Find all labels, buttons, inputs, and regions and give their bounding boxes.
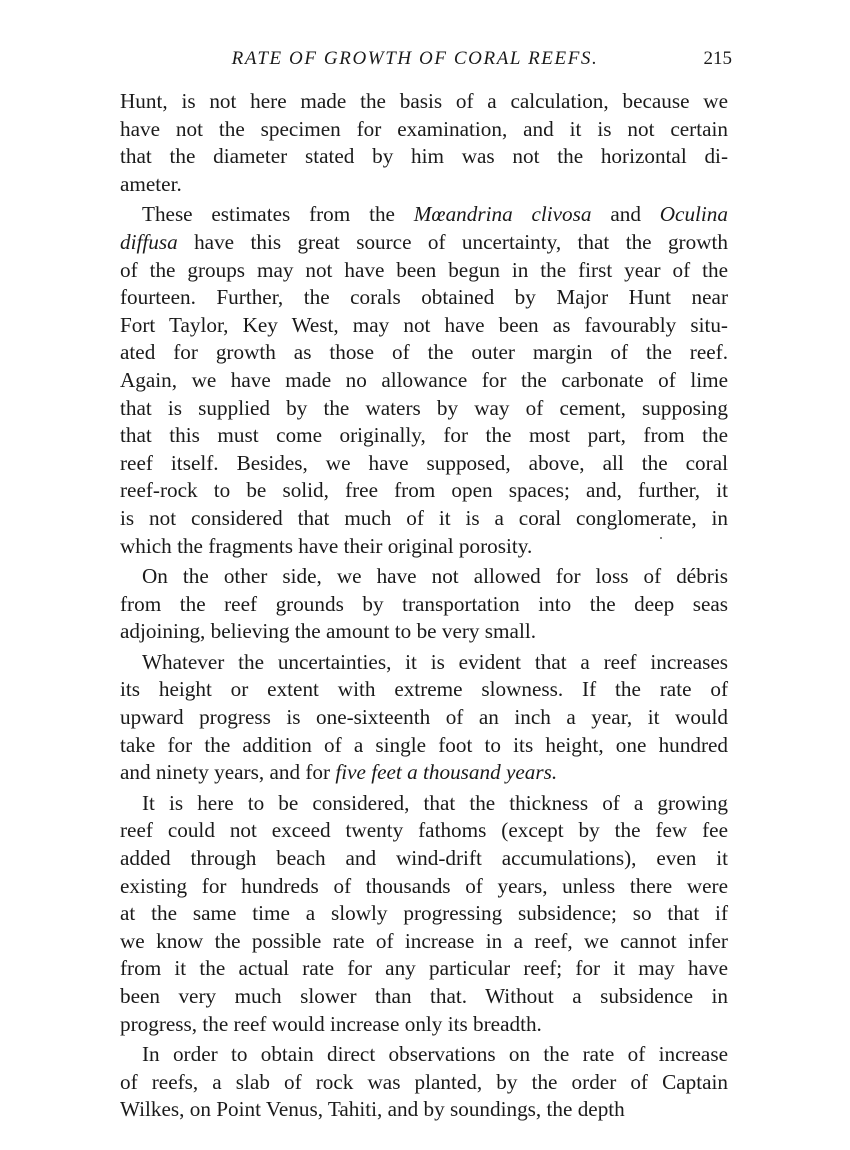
text-line: On the other side, we have not allowed f… bbox=[120, 563, 728, 591]
paragraph: Whatever the uncertainties, it is eviden… bbox=[120, 649, 728, 787]
text-line: Wilkes, on Point Venus, Tahiti, and by s… bbox=[120, 1096, 728, 1124]
italic-term: diffusa bbox=[120, 230, 178, 254]
text-line: of reefs, a slab of rock was planted, by… bbox=[120, 1069, 728, 1097]
text-line: is not considered that much of it is a c… bbox=[120, 505, 728, 533]
text-line: It is here to be considered, that the th… bbox=[120, 790, 728, 818]
text-line: its height or extent with extreme slowne… bbox=[120, 676, 728, 704]
print-speck bbox=[338, 1110, 340, 1112]
text-line: These estimates from the Mœandrina clivo… bbox=[120, 201, 728, 229]
text-line: added through beach and wind-drift accum… bbox=[120, 845, 728, 873]
italic-term: five feet a thousand years. bbox=[335, 760, 557, 784]
text-line: from the reef grounds by transportation … bbox=[120, 591, 728, 619]
text-line: Fort Taylor, Key West, may not have been… bbox=[120, 312, 728, 340]
paragraph: Hunt, is not here made the basis of a ca… bbox=[120, 88, 728, 198]
text-line: In order to obtain direct observations o… bbox=[120, 1041, 728, 1069]
text-line: which the fragments have their original … bbox=[120, 533, 728, 561]
text-line: of the groups may not have been begun in… bbox=[120, 257, 728, 285]
page-number: 215 bbox=[704, 48, 733, 70]
running-head: RATE OF GROWTH OF CORAL REEFS. 215 bbox=[120, 48, 730, 74]
text-line: Whatever the uncertainties, it is eviden… bbox=[120, 649, 728, 677]
paragraph: On the other side, we have not allowed f… bbox=[120, 563, 728, 646]
text-line: reef-rock to be solid, free from open sp… bbox=[120, 477, 728, 505]
text-line: ameter. bbox=[120, 171, 728, 199]
paragraph: These estimates from the Mœandrina clivo… bbox=[120, 201, 728, 560]
text-line: ated for growth as those of the outer ma… bbox=[120, 339, 728, 367]
text-line: reef itself. Besides, we have supposed, … bbox=[120, 450, 728, 478]
text-line: from it the actual rate for any particul… bbox=[120, 955, 728, 983]
body-text: Hunt, is not here made the basis of a ca… bbox=[120, 88, 728, 1124]
text-line: that is supplied by the waters by way of… bbox=[120, 395, 728, 423]
text-line: progress, the reef would increase only i… bbox=[120, 1011, 728, 1039]
text-line: take for the addition of a single foot t… bbox=[120, 732, 728, 760]
text-line: Again, we have made no allowance for the… bbox=[120, 367, 728, 395]
paragraph: It is here to be considered, that the th… bbox=[120, 790, 728, 1038]
italic-term: Mœandrina clivosa bbox=[414, 202, 592, 226]
text-line: we know the possible rate of increase in… bbox=[120, 928, 728, 956]
print-speck bbox=[660, 537, 662, 539]
text-line: adjoining, believing the amount to be ve… bbox=[120, 618, 728, 646]
text-line: diffusa have this great source of uncert… bbox=[120, 229, 728, 257]
text-line: and ninety years, and for five feet a th… bbox=[120, 759, 728, 787]
book-page: RATE OF GROWTH OF CORAL REEFS. 215 Hunt,… bbox=[0, 0, 850, 1150]
text-line: reef could not exceed twenty fathoms (ex… bbox=[120, 817, 728, 845]
text-line: fourteen. Further, the corals obtained b… bbox=[120, 284, 728, 312]
text-line: have not the specimen for examination, a… bbox=[120, 116, 728, 144]
text-line: at the same time a slowly progressing su… bbox=[120, 900, 728, 928]
text-line: that the diameter stated by him was not … bbox=[120, 143, 728, 171]
paragraph: In order to obtain direct observations o… bbox=[120, 1041, 728, 1124]
text-line: that this must come originally, for the … bbox=[120, 422, 728, 450]
text-line: been very much slower than that. Without… bbox=[120, 983, 728, 1011]
text-line: Hunt, is not here made the basis of a ca… bbox=[120, 88, 728, 116]
text-line: upward progress is one-sixteenth of an i… bbox=[120, 704, 728, 732]
text-line: existing for hundreds of thousands of ye… bbox=[120, 873, 728, 901]
running-title: RATE OF GROWTH OF CORAL REEFS. bbox=[120, 48, 730, 70]
italic-term: Oculina bbox=[660, 202, 728, 226]
